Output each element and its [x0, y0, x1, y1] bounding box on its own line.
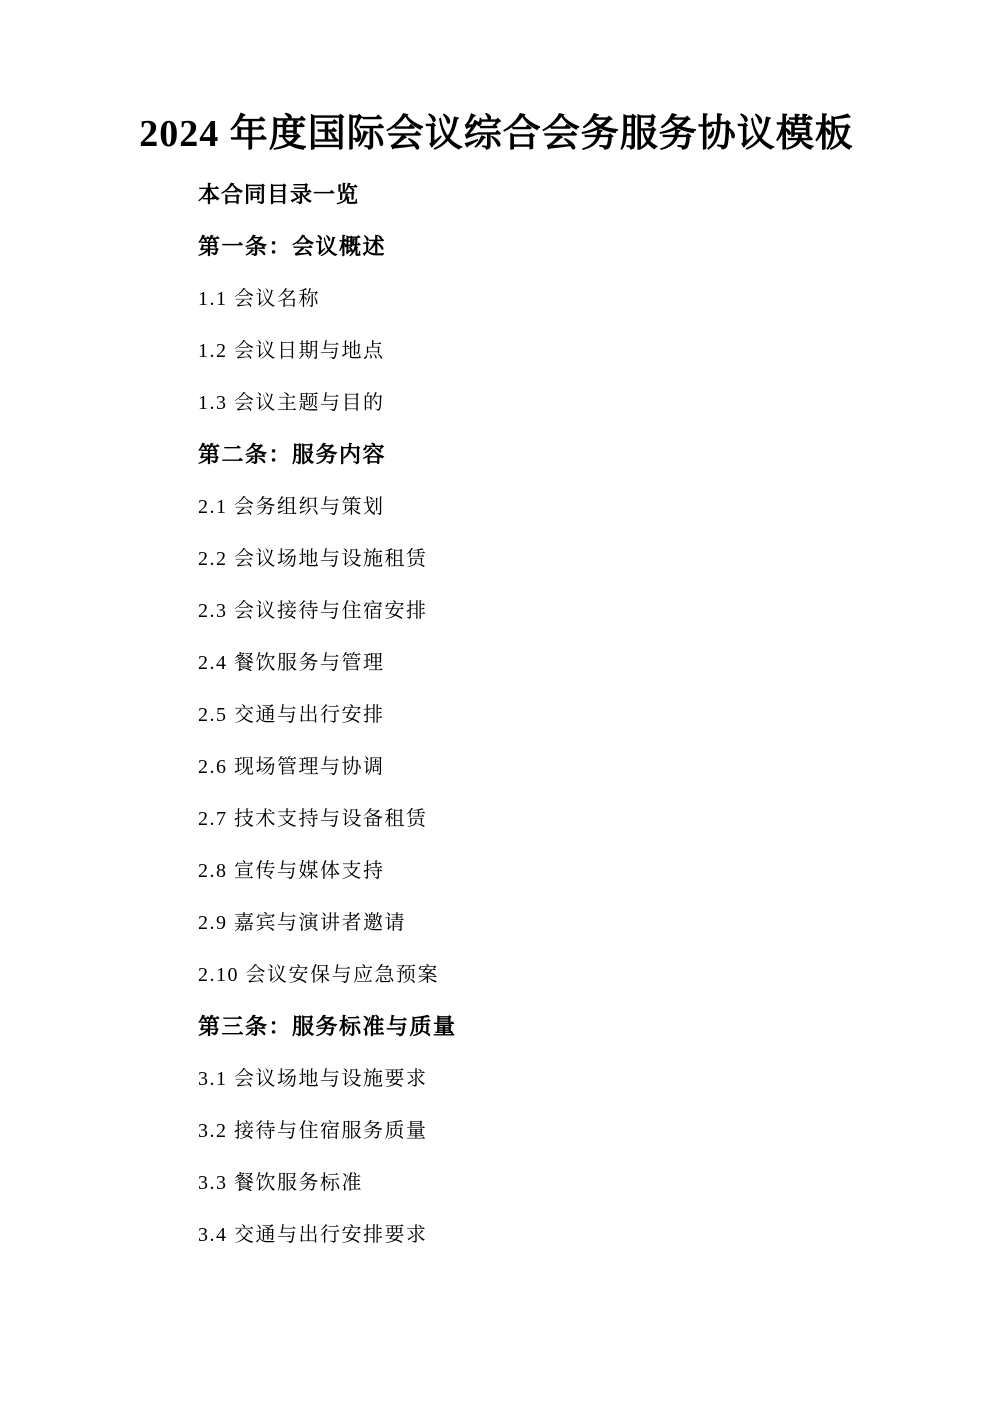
toc-item: 3.4 交通与出行安排要求: [198, 1209, 993, 1261]
toc-item: 1.3 会议主题与目的: [198, 377, 993, 429]
toc-item: 2.7 技术支持与设备租赁: [198, 793, 993, 845]
toc-heading: 本合同目录一览: [198, 169, 993, 221]
toc-item: 1.1 会议名称: [198, 273, 993, 325]
toc-item: 2.5 交通与出行安排: [198, 689, 993, 741]
document-page: 2024 年度国际会议综合会务服务协议模板 本合同目录一览 第一条：会议概述 1…: [0, 0, 993, 1404]
section-heading: 第三条：服务标准与质量: [198, 1001, 993, 1053]
toc-item: 3.3 餐饮服务标准: [198, 1157, 993, 1209]
toc-item: 2.2 会议场地与设施租赁: [198, 533, 993, 585]
toc-item: 1.2 会议日期与地点: [198, 325, 993, 377]
toc-item: 3.2 接待与住宿服务质量: [198, 1105, 993, 1157]
section-heading: 第二条：服务内容: [198, 429, 993, 481]
toc-list: 本合同目录一览 第一条：会议概述 1.1 会议名称 1.2 会议日期与地点 1.…: [198, 169, 993, 1261]
toc-item: 2.8 宣传与媒体支持: [198, 845, 993, 897]
toc-item: 3.1 会议场地与设施要求: [198, 1053, 993, 1105]
toc-item: 2.10 会议安保与应急预案: [198, 949, 993, 1001]
toc-item: 2.6 现场管理与协调: [198, 741, 993, 793]
document-title: 2024 年度国际会议综合会务服务协议模板: [0, 0, 993, 159]
toc-item: 2.1 会务组织与策划: [198, 481, 993, 533]
toc-item: 2.3 会议接待与住宿安排: [198, 585, 993, 637]
toc-item: 2.4 餐饮服务与管理: [198, 637, 993, 689]
toc-item: 2.9 嘉宾与演讲者邀请: [198, 897, 993, 949]
section-heading: 第一条：会议概述: [198, 221, 993, 273]
